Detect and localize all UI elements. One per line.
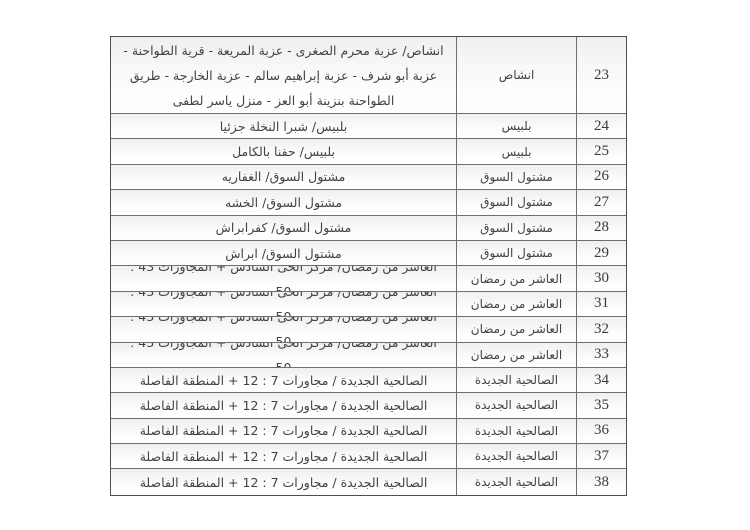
district-description: الصالحية الجديدة / مجاورات 7 : 12 + المن… — [140, 419, 428, 443]
district-description: العاشر من رمضان/ مركز الحى السادس + المج… — [123, 343, 444, 367]
table-row: 37 الصالحية الجديدة الصالحية الجديدة / م… — [111, 444, 626, 469]
district-description: الصالحية الجديدة / مجاورات 7 : 12 + المن… — [140, 444, 428, 468]
district-description-cell: العاشر من رمضان/ مركز الحى السادس + المج… — [111, 343, 456, 367]
district-name-cell: الصالحية الجديدة — [456, 419, 576, 443]
district-name-cell: مشتول السوق — [456, 165, 576, 189]
district-description: الصالحية الجديدة / مجاورات 7 : 12 + المن… — [140, 393, 428, 417]
district-name-cell: مشتول السوق — [456, 190, 576, 214]
district-description-cell: الصالحية الجديدة / مجاورات 7 : 12 + المن… — [111, 393, 456, 417]
row-number: 26 — [594, 168, 609, 185]
district-name: العاشر من رمضان — [471, 297, 562, 311]
district-description-cell: بلبيس/ حفنا بالكامل — [111, 139, 456, 163]
district-name-cell: العاشر من رمضان — [456, 317, 576, 341]
district-description-cell: الصالحية الجديدة / مجاورات 7 : 12 + المن… — [111, 469, 456, 494]
district-description-cell: مشتول السوق/ ابراش — [111, 241, 456, 265]
row-number-cell: 35 — [576, 393, 626, 417]
row-number-cell: 24 — [576, 114, 626, 138]
table-row: 36 الصالحية الجديدة الصالحية الجديدة / م… — [111, 419, 626, 444]
areas-table: 23 انشاص انشاص/ عزبة محرم الصغرى - عزبة … — [110, 36, 627, 496]
district-name-cell: بلبيس — [456, 114, 576, 138]
district-name: الصالحية الجديدة — [475, 424, 558, 438]
table-row: 25 بلبيس بلبيس/ حفنا بالكامل — [111, 139, 626, 164]
district-description: العاشر من رمضان/ مركز الحى السادس + المج… — [123, 292, 444, 316]
district-description-cell: الصالحية الجديدة / مجاورات 7 : 12 + المن… — [111, 419, 456, 443]
district-name-cell: العاشر من رمضان — [456, 292, 576, 316]
district-description: بلبيس/ شبرا النخلة جزئيا — [220, 114, 348, 138]
district-name-cell: الصالحية الجديدة — [456, 469, 576, 494]
district-description-cell: مشتول السوق/ الخشه — [111, 190, 456, 214]
table-row: 27 مشتول السوق مشتول السوق/ الخشه — [111, 190, 626, 215]
table-row: 31 العاشر من رمضان العاشر من رمضان/ مركز… — [111, 292, 626, 317]
district-name: العاشر من رمضان — [471, 348, 562, 362]
row-number-cell: 23 — [576, 37, 626, 113]
district-description: انشاص/ عزبة محرم الصغرى - عزبة المريعة -… — [123, 38, 444, 113]
row-number: 30 — [594, 270, 609, 287]
table-row: 23 انشاص انشاص/ عزبة محرم الصغرى - عزبة … — [111, 37, 626, 114]
district-description: الصالحية الجديدة / مجاورات 7 : 12 + المن… — [140, 470, 428, 495]
row-number: 37 — [594, 448, 609, 465]
row-number: 34 — [594, 372, 609, 389]
table-row: 33 العاشر من رمضان العاشر من رمضان/ مركز… — [111, 343, 626, 368]
district-description: العاشر من رمضان/ مركز الحى السادس + المج… — [123, 266, 444, 290]
district-description-cell: الصالحية الجديدة / مجاورات 7 : 12 + المن… — [111, 444, 456, 468]
district-description-cell: الصالحية الجديدة / مجاورات 7 : 12 + المن… — [111, 368, 456, 392]
row-number: 28 — [594, 219, 609, 236]
district-name: مشتول السوق — [480, 246, 553, 260]
district-name-cell: العاشر من رمضان — [456, 266, 576, 290]
table-row: 28 مشتول السوق مشتول السوق/ كفرابراش — [111, 216, 626, 241]
district-name-cell: الصالحية الجديدة — [456, 393, 576, 417]
district-name-cell: الصالحية الجديدة — [456, 368, 576, 392]
district-name-cell: مشتول السوق — [456, 241, 576, 265]
district-name: العاشر من رمضان — [471, 322, 562, 336]
row-number-cell: 33 — [576, 343, 626, 367]
table-row: 30 العاشر من رمضان العاشر من رمضان/ مركز… — [111, 266, 626, 291]
district-name-cell: بلبيس — [456, 139, 576, 163]
row-number: 27 — [594, 194, 609, 211]
row-number-cell: 28 — [576, 216, 626, 240]
district-description: العاشر من رمضان/ مركز الحى السادس + المج… — [123, 317, 444, 341]
row-number-cell: 29 — [576, 241, 626, 265]
row-number-cell: 34 — [576, 368, 626, 392]
row-number-cell: 32 — [576, 317, 626, 341]
district-description-cell: العاشر من رمضان/ مركز الحى السادس + المج… — [111, 266, 456, 290]
row-number-cell: 38 — [576, 469, 626, 494]
district-description-cell: مشتول السوق/ الغفاريه — [111, 165, 456, 189]
table-row: 38 الصالحية الجديدة الصالحية الجديدة / م… — [111, 469, 626, 494]
row-number: 35 — [594, 397, 609, 414]
district-description: مشتول السوق/ ابراش — [225, 241, 342, 265]
district-name: بلبيس — [502, 119, 532, 133]
row-number: 25 — [594, 143, 609, 160]
scanned-document-page: 23 انشاص انشاص/ عزبة محرم الصغرى - عزبة … — [0, 0, 750, 530]
district-name-cell: العاشر من رمضان — [456, 343, 576, 367]
row-number-cell: 26 — [576, 165, 626, 189]
row-number-cell: 31 — [576, 292, 626, 316]
district-name: مشتول السوق — [480, 221, 553, 235]
district-name: العاشر من رمضان — [471, 272, 562, 286]
district-name: مشتول السوق — [480, 195, 553, 209]
district-description-cell: العاشر من رمضان/ مركز الحى السادس + المج… — [111, 292, 456, 316]
district-name: الصالحية الجديدة — [475, 398, 558, 412]
district-name: الصالحية الجديدة — [475, 475, 558, 489]
row-number: 36 — [594, 422, 609, 439]
district-name-cell: انشاص — [456, 37, 576, 113]
row-number-cell: 25 — [576, 139, 626, 163]
district-name: الصالحية الجديدة — [475, 373, 558, 387]
table-row: 26 مشتول السوق مشتول السوق/ الغفاريه — [111, 165, 626, 190]
district-name-cell: مشتول السوق — [456, 216, 576, 240]
district-description-cell: انشاص/ عزبة محرم الصغرى - عزبة المريعة -… — [111, 37, 456, 113]
district-description: مشتول السوق/ الخشه — [225, 190, 342, 214]
row-number-cell: 30 — [576, 266, 626, 290]
district-name-cell: الصالحية الجديدة — [456, 444, 576, 468]
district-description: بلبيس/ حفنا بالكامل — [232, 139, 335, 163]
table-row: 32 العاشر من رمضان العاشر من رمضان/ مركز… — [111, 317, 626, 342]
table-row: 35 الصالحية الجديدة الصالحية الجديدة / م… — [111, 393, 626, 418]
table-row: 24 بلبيس بلبيس/ شبرا النخلة جزئيا — [111, 114, 626, 139]
row-number: 31 — [594, 295, 609, 312]
table-row: 34 الصالحية الجديدة الصالحية الجديدة / م… — [111, 368, 626, 393]
row-number-cell: 36 — [576, 419, 626, 443]
row-number: 29 — [594, 245, 609, 262]
row-number: 23 — [594, 67, 609, 84]
district-name: الصالحية الجديدة — [475, 449, 558, 463]
table-rows-container: 23 انشاص انشاص/ عزبة محرم الصغرى - عزبة … — [111, 37, 626, 495]
row-number: 32 — [594, 321, 609, 338]
district-description-cell: مشتول السوق/ كفرابراش — [111, 216, 456, 240]
table-row: 29 مشتول السوق مشتول السوق/ ابراش — [111, 241, 626, 266]
district-name: بلبيس — [502, 145, 532, 159]
district-description-cell: بلبيس/ شبرا النخلة جزئيا — [111, 114, 456, 138]
row-number-cell: 37 — [576, 444, 626, 468]
district-description-cell: العاشر من رمضان/ مركز الحى السادس + المج… — [111, 317, 456, 341]
district-name: مشتول السوق — [480, 170, 553, 184]
row-number: 38 — [594, 474, 609, 491]
district-description: الصالحية الجديدة / مجاورات 7 : 12 + المن… — [140, 368, 428, 392]
district-description: مشتول السوق/ الغفاريه — [222, 165, 346, 189]
district-description: مشتول السوق/ كفرابراش — [216, 216, 352, 240]
row-number-cell: 27 — [576, 190, 626, 214]
row-number: 24 — [594, 118, 609, 135]
district-name: انشاص — [499, 68, 535, 82]
row-number: 33 — [594, 346, 609, 363]
